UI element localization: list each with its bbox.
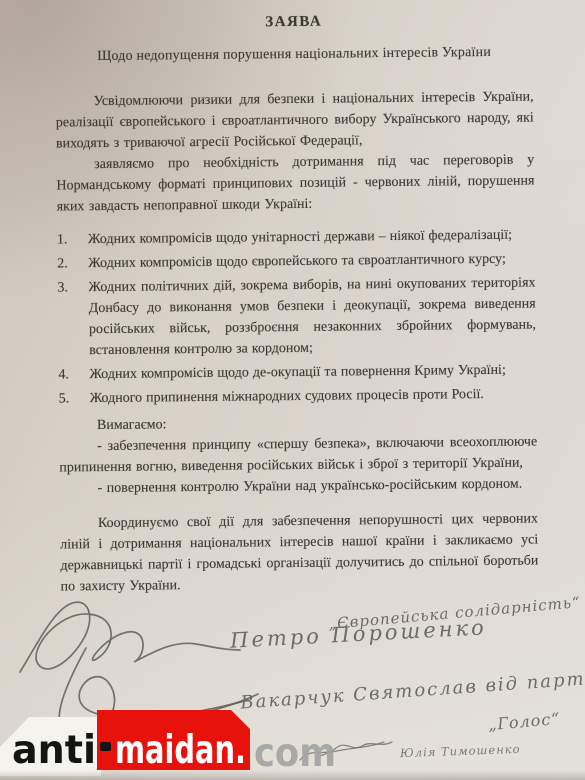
paragraph-preamble-2: заявляємо про необхідність дотримання пі… [56, 149, 535, 217]
list-item: 1. Жодних компромісів щодо унітарності д… [57, 224, 535, 250]
list-item-number: 4. [58, 364, 89, 385]
statement-subtitle: Щодо недопущення порушення національних … [55, 42, 533, 67]
closing-paragraph: Координуємо свої дії для забезпечення не… [60, 508, 539, 597]
antimaidan-watermark-logo: anti maidan. com [0, 704, 345, 780]
handwritten-name-tymoshenko: Юлія Тимошенко [400, 742, 521, 760]
list-item: 5. Жодного припинення міжнародних судови… [59, 383, 537, 409]
logo-text-maidan: maidan. [115, 728, 246, 773]
logo-hyphen [100, 742, 111, 751]
list-item-number: 2. [57, 253, 88, 274]
list-item-number: 1. [57, 229, 88, 250]
list-item-text: Жодних компромісів щодо де-окупації та п… [89, 359, 536, 385]
statement-page: ЗАЯВА Щодо недопущення порушення націона… [0, 0, 585, 598]
list-item-text: Жодного припинення міжнародних судових п… [90, 383, 537, 409]
list-item: 4. Жодних компромісів щодо де-окупації т… [58, 359, 536, 385]
list-item: 3. Жодних політичних дій, зокрема виборі… [57, 272, 536, 361]
demand-item: - забезпечення принципу «спершу безпека»… [59, 431, 537, 478]
list-item-text: Жодних компромісів щодо унітарності держ… [88, 224, 535, 250]
document-photo: ЗАЯВА Щодо недопущення порушення націона… [0, 0, 585, 780]
list-item-number: 3. [57, 277, 89, 361]
paragraph-preamble-1: Усвідомлюючи ризики для безпеки і націон… [55, 86, 534, 154]
logo-text-anti: anti [12, 728, 96, 773]
list-item-text: Жодних політичних дій, зокрема виборів, … [88, 272, 536, 361]
statement-title: ЗАЯВА [55, 10, 533, 33]
logo-text-com: com [254, 731, 336, 776]
list-item: 2. Жодних компромісів щодо європейського… [57, 248, 535, 274]
demand-item: - повернення контролю України над україн… [60, 473, 538, 499]
red-lines-list: 1. Жодних компромісів щодо унітарності д… [57, 224, 537, 409]
list-item-number: 5. [59, 388, 90, 409]
handwritten-party-golos: „Голос“ [487, 709, 561, 734]
list-item-text: Жодних компромісів щодо європейського та… [88, 248, 535, 274]
